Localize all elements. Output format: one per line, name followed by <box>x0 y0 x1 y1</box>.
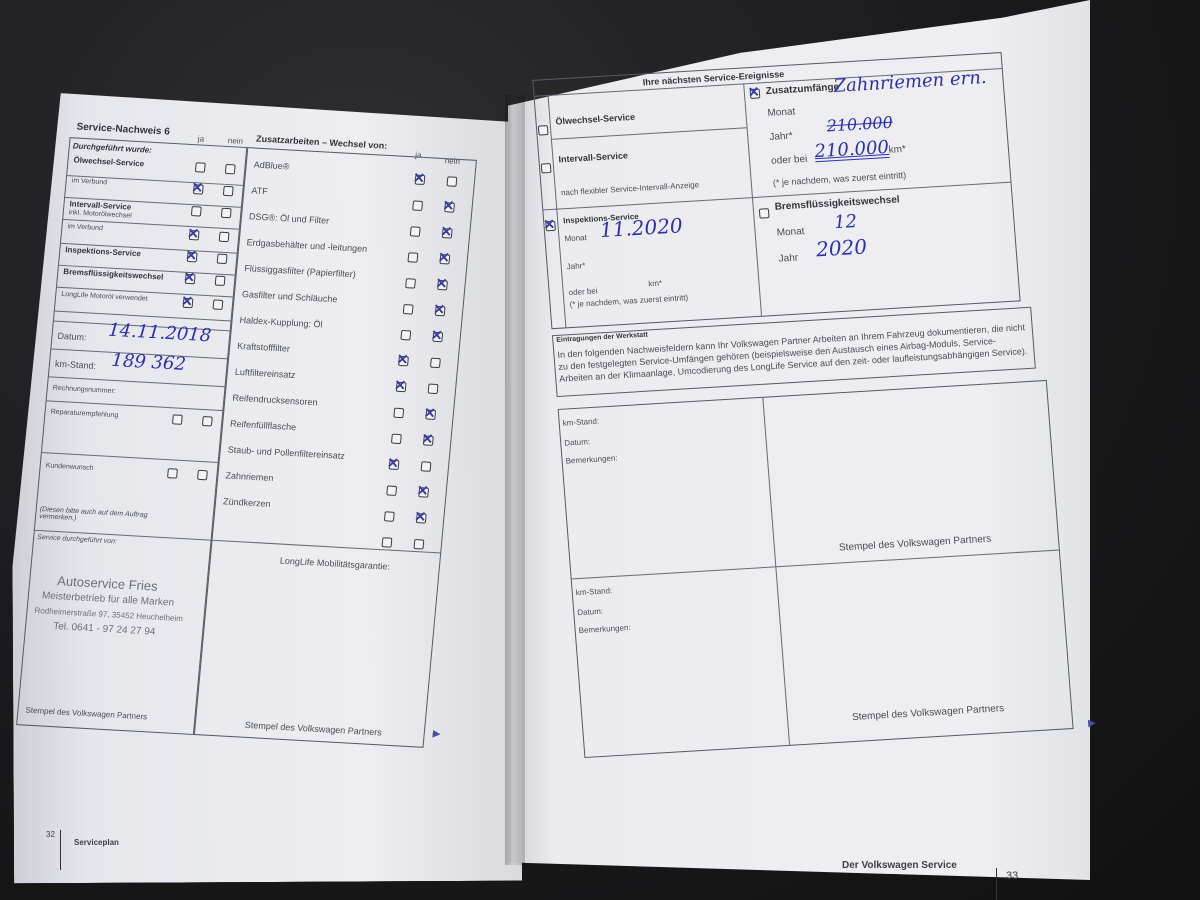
next-service-form: Ihre nächsten Service-Ereignisse Ölwechs… <box>530 21 1076 788</box>
inspection-checkbox[interactable] <box>545 221 556 232</box>
oil-service-checkbox[interactable] <box>538 125 549 136</box>
inspection-year-label: Jahr* <box>566 261 585 271</box>
extra-yes-checkbox[interactable] <box>410 226 421 237</box>
left-section-title: Serviceplan <box>74 838 119 847</box>
extra-no-checkbox[interactable] <box>421 461 432 472</box>
brake-fluid-year-value: 2020 <box>815 234 868 261</box>
extra-yes-checkbox[interactable] <box>403 304 414 315</box>
extra-no-checkbox[interactable] <box>425 409 436 420</box>
book-gutter <box>505 95 525 865</box>
interval-service-checkbox[interactable] <box>541 163 552 174</box>
next-arrow-icon: ▶ <box>1088 718 1097 729</box>
extra-yes-checkbox[interactable] <box>400 330 411 341</box>
entries-table <box>558 380 1074 758</box>
extra-label: AdBlue® <box>253 159 290 171</box>
service-no-checkbox[interactable] <box>217 254 228 265</box>
service-no-checkbox[interactable] <box>221 208 232 219</box>
inspection-month-label: Monat <box>564 233 587 243</box>
extra-no-checkbox[interactable] <box>437 280 448 291</box>
additional-month-label: Monat <box>767 106 796 119</box>
inspection-km-label: oder bei <box>568 286 598 297</box>
extra-no-checkbox[interactable] <box>416 513 427 524</box>
extra-yes-checkbox[interactable] <box>389 459 400 470</box>
date-label: Datum: <box>57 331 87 343</box>
left-page-number: 32 <box>46 830 55 839</box>
extra-no-checkbox[interactable] <box>435 306 446 317</box>
extra-no-checkbox[interactable] <box>446 176 457 187</box>
col-no: nein <box>227 136 243 146</box>
service-no-checkbox[interactable] <box>212 299 223 310</box>
right-page-number: 33 <box>1006 870 1018 882</box>
repair-no-checkbox[interactable] <box>202 416 213 427</box>
service-yes-checkbox[interactable] <box>193 184 204 195</box>
service-no-checkbox[interactable] <box>215 276 226 287</box>
extra-yes-checkbox[interactable] <box>384 511 395 522</box>
service-yes-checkbox[interactable] <box>187 252 198 263</box>
next-arrow-icon: ▶ <box>432 728 441 739</box>
service-yes-checkbox[interactable] <box>189 230 200 241</box>
extra-yes-checkbox[interactable] <box>398 356 409 367</box>
inspection-month-value: 11.2020 <box>599 213 683 242</box>
customer-no-checkbox[interactable] <box>197 470 208 481</box>
brake-fluid-month-label: Monat <box>776 226 805 239</box>
service-yes-checkbox[interactable] <box>183 298 194 309</box>
extra-yes-checkbox[interactable] <box>396 382 407 393</box>
additional-year-label: Jahr* <box>769 131 793 143</box>
brake-fluid-checkbox[interactable] <box>759 208 770 219</box>
right-section-title: Der Volkswagen Service <box>842 860 957 871</box>
additional-km-unit: km* <box>888 144 906 156</box>
additional-crossed-value: 210.000 <box>826 113 894 136</box>
inspection-km-unit: km* <box>648 279 662 289</box>
extra-no-checkbox[interactable] <box>423 435 434 446</box>
extra-yes-checkbox[interactable] <box>407 252 418 263</box>
extra-no-checkbox[interactable] <box>413 539 424 550</box>
left-footer-divider <box>60 830 61 870</box>
extra-no-checkbox[interactable] <box>432 332 443 343</box>
repair-yes-checkbox[interactable] <box>172 414 183 425</box>
entry-date-label: Datum: <box>577 607 603 618</box>
extra-yes-checkbox[interactable] <box>405 278 416 289</box>
extra-label: ATF <box>251 185 268 196</box>
extra-yes-checkbox[interactable] <box>415 174 426 185</box>
extra-no-checkbox[interactable] <box>442 228 453 239</box>
extra-no-checkbox[interactable] <box>418 487 429 498</box>
service-yes-checkbox[interactable] <box>195 162 206 173</box>
brake-fluid-year-label: Jahr <box>778 252 798 264</box>
additional-km-value: 210.000 <box>814 137 890 162</box>
additional-checkbox[interactable] <box>750 88 761 99</box>
extra-yes-checkbox[interactable] <box>386 485 397 496</box>
brake-fluid-month-value: 12 <box>833 211 857 233</box>
service-yes-checkbox[interactable] <box>185 274 196 285</box>
extra-no-checkbox[interactable] <box>439 254 450 265</box>
additional-km-label: oder bei <box>771 154 808 167</box>
extra-yes-checkbox[interactable] <box>412 200 423 211</box>
extra-yes-checkbox[interactable] <box>393 408 404 419</box>
right-footer-divider <box>996 868 997 900</box>
customer-yes-checkbox[interactable] <box>167 468 178 479</box>
extra-yes-checkbox[interactable] <box>382 537 393 548</box>
extra-no-checkbox[interactable] <box>428 384 439 395</box>
km-value: 189 362 <box>111 350 187 375</box>
service-no-checkbox[interactable] <box>223 186 234 197</box>
service-yes-checkbox[interactable] <box>191 206 202 217</box>
entry-date-label: Datum: <box>564 437 590 448</box>
service-no-checkbox[interactable] <box>225 164 236 175</box>
extra-yes-checkbox[interactable] <box>391 434 402 445</box>
extra-no-checkbox[interactable] <box>430 358 441 369</box>
service-no-checkbox[interactable] <box>219 232 230 243</box>
service-record-form: Service-Nachweis 6 ja nein Zusatzarbeite… <box>0 110 509 754</box>
form-title: Service-Nachweis 6 <box>76 122 170 138</box>
col-yes: ja <box>197 134 204 143</box>
extra-no-checkbox[interactable] <box>444 202 455 213</box>
